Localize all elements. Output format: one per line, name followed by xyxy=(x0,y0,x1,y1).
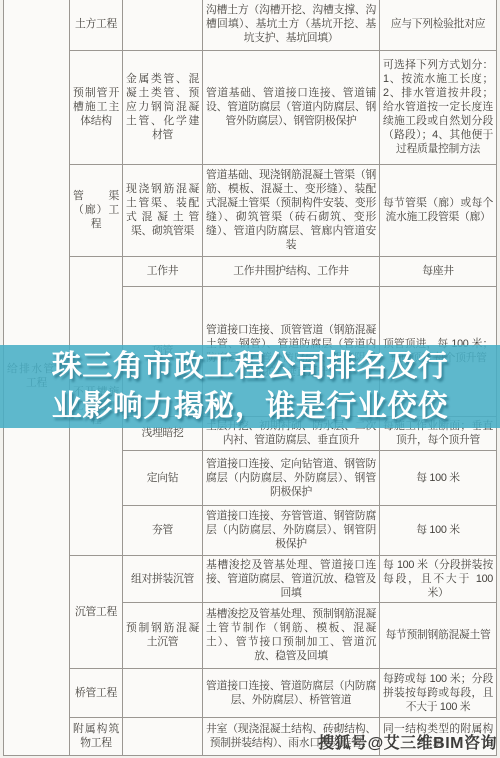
sub-cell xyxy=(123,0,203,50)
sub-cell xyxy=(123,717,203,755)
part-cell: 土方工程 xyxy=(70,0,123,50)
content-cell: 管道接口连接、夯管管道、钢管防腐层（内防腐层、外防腐层）、钢管阴极保护 xyxy=(203,505,380,555)
criteria-cell: 每 100 米 xyxy=(380,450,497,505)
sub-cell xyxy=(123,668,203,717)
content-cell: 管道基础、管道接口连接、管道铺设、管道防腐层（管道内防腐层、钢管外防腐层）、钢管… xyxy=(203,50,380,164)
sub-cell: 夯管 xyxy=(123,505,203,555)
table-row: 沉管工程 组对拼装沉管 基槽浚挖及管基处理、管道接口连接、管道防腐层、管道沉放、… xyxy=(4,555,497,602)
part-cell: 桥管工程 xyxy=(70,668,123,717)
sub-cell: 定向钻 xyxy=(123,450,203,505)
watermark-text: 搜狐号@艾三维BIM咨询 xyxy=(318,730,497,753)
criteria-cell: 应与下列检验批对应 xyxy=(380,0,497,50)
sub-cell: 组对拼装沉管 xyxy=(123,555,203,602)
part-cell: 附属构筑物工程 xyxy=(70,717,123,755)
screenshot-page: 给排水管道工程 土方工程 沟槽土方（沟槽开挖、沟槽支撑、沟槽回填）、基坑土方（基… xyxy=(0,0,500,758)
criteria-cell: 每跨或每 100 米；分段拼装按每跨或每段，且不大于 100 米 xyxy=(380,668,497,717)
content-cell: 管道接口连接、管道防腐层（内防腐层、外防腐层）、桥管管道 xyxy=(203,668,380,717)
criteria-cell: 每节管渠（廊）或每个流水施工段管渠（廊） xyxy=(380,164,497,256)
sub-cell: 预制钢筋混凝土沉管 xyxy=(123,602,203,668)
headline-line-2: 业影响力揭秘，谁是行业佼佼 xyxy=(0,387,500,427)
part-cell: 管渠（廊）工程 xyxy=(70,164,123,256)
part-cell: 预制管开槽施工主体结构 xyxy=(70,50,123,164)
content-cell: 管道接口连接、定向钻管道、钢管防腐层（内防腐层、外防腐层）、钢管阴极保护 xyxy=(203,450,380,505)
criteria-cell: 每座井 xyxy=(380,256,497,286)
table-row: 预制管开槽施工主体结构 金属类管、混凝土类管、预应力钢筒混凝土管、化学建材管 管… xyxy=(4,50,497,164)
content-cell: 工作井围护结构、工作井 xyxy=(203,256,380,286)
sub-cell: 现浇钢筋混凝土管渠、装配式混凝土管渠、砌筑管渠 xyxy=(123,164,203,256)
criteria-cell: 每 100 米（分段拼装按每段，且不大于 100 米） xyxy=(380,555,497,602)
table-row: 不开槽施工管道工程 工作井 工作井围护结构、工作井 每座井 xyxy=(4,256,497,286)
table-row: 桥管工程 管道接口连接、管道防腐层（内防腐层、外防腐层）、桥管管道 每跨或每 1… xyxy=(4,668,497,717)
criteria-cell: 每 100 米 xyxy=(380,505,497,555)
sub-cell: 工作井 xyxy=(123,256,203,286)
part-cell: 沉管工程 xyxy=(70,555,123,668)
criteria-cell: 每节预制钢筋混凝土管 xyxy=(380,602,497,668)
sub-cell: 金属类管、混凝土类管、预应力钢筒混凝土管、化学建材管 xyxy=(123,50,203,164)
content-cell: 基槽浚挖及管基处理、管道接口连接、管道防腐层、管道沉放、稳管及回填 xyxy=(203,555,380,602)
content-cell: 沟槽土方（沟槽开挖、沟槽支撑、沟槽回填）、基坑土方（基坑开挖、基坑支护、基坑回填… xyxy=(203,0,380,50)
headline-line-1: 珠三角市政工程公司排名及行 xyxy=(0,347,500,387)
table-row: 管渠（廊）工程 现浇钢筋混凝土管渠、装配式混凝土管渠、砌筑管渠 管道基础、现浇钢… xyxy=(4,164,497,256)
content-cell: 基槽浚挖及管基处理、预制钢筋混凝土管节制作（钢筋、模板、混凝土）、管节接口预制加… xyxy=(203,602,380,668)
headline-banner-overlay: 珠三角市政工程公司排名及行 业影响力揭秘，谁是行业佼佼 xyxy=(0,345,500,428)
table-row: 给排水管道工程 土方工程 沟槽土方（沟槽开挖、沟槽支撑、沟槽回填）、基坑土方（基… xyxy=(4,0,497,50)
criteria-cell: 可选择下列方式划分：1、按流水施工长度；2、排水管道按井段；给水管道按一定长度连… xyxy=(380,50,497,164)
content-cell: 管道基础、现浇钢筋混凝土管渠（钢筋、模板、混凝土、变形缝）、装配式混凝土管渠（预… xyxy=(203,164,380,256)
